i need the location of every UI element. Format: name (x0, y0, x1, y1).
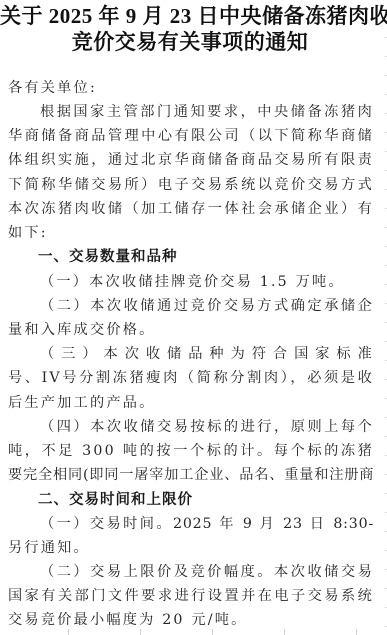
section-1-item-3-line: （三）本次收储品种为符合国家标准 GB/T9959.2 的国产II (40, 342, 374, 366)
section-2-item-1-line: （一）交易时间。2025 年 9 月 23 日 8:30-16:30。如有变化， (40, 512, 374, 536)
section-2-item-2-line: （二）交易上限价及竞价幅度。本次收储交易上限价按照 (40, 560, 374, 584)
section-2-item-2-line: 国家有关部门文件要求进行设置并在电子交易系统公布，本次 (8, 584, 374, 608)
section-heading-1: 一、交易数量和品种 (38, 245, 178, 269)
notice-document: 关于 2025 年 9 月 23 日中央储备冻猪肉收储 竞价交易有关事项的通知 … (0, 0, 387, 635)
intro-line: 本次冻猪肉收储（加工储存一体社会承储企业）有关事项通知 (8, 197, 374, 221)
page-bottom-ticks (0, 629, 387, 635)
intro-line: 华商储备商品管理中心有限公司（以下简称华商储备中心）具 (8, 124, 374, 148)
section-1-item-2-line: （二）本次收储通过竞价交易方式确定承储企业、承储数 (40, 294, 374, 318)
section-1-item-2-line: 量和入库成交价格。 (8, 318, 374, 342)
section-1-item-3-line: 后生产加工的产品。 (8, 391, 374, 415)
section-heading-2: 二、交易时间和上限价 (38, 488, 193, 512)
section-1-item-4-line: 吨，不足 300 吨的按一个标的计。每个标的冻猪肉品质与包装 (8, 439, 374, 463)
document-title-line-1: 关于 2025 年 9 月 23 日中央储备冻猪肉收储 (0, 3, 380, 29)
section-1-item-1-line: （一）本次收储挂牌竞价交易 1.5 万吨。 (40, 270, 374, 294)
salutation: 各有关单位: (8, 76, 374, 100)
intro-line: 根据国家主管部门通知要求，中央储备冻猪肉收储工作由 (40, 100, 374, 124)
section-1-item-4-line: 要完全相同(即同一屠宰加工企业、品名、重量和注册商标等)。 (8, 463, 374, 487)
intro-line: 下简称华储交易所）电子交易系统以竞价交易方式进行。现就 (8, 173, 374, 197)
section-2-item-1-line: 另行通知。 (8, 536, 374, 560)
section-1-item-3-line: 号、IV号分割冻猪瘦肉（简称分割肉），必须是收储交易日之 (8, 366, 374, 390)
intro-line: 如下: (8, 221, 374, 245)
intro-line: 体组织实施，通过北京华商储备商品交易所有限责任公司（以 (8, 148, 374, 172)
document-title-line-2: 竞价交易有关事项的通知 (0, 29, 380, 55)
section-1-item-4-line: （四）本次收储交易按标的进行，原则上每个标的为 300 (40, 415, 374, 439)
